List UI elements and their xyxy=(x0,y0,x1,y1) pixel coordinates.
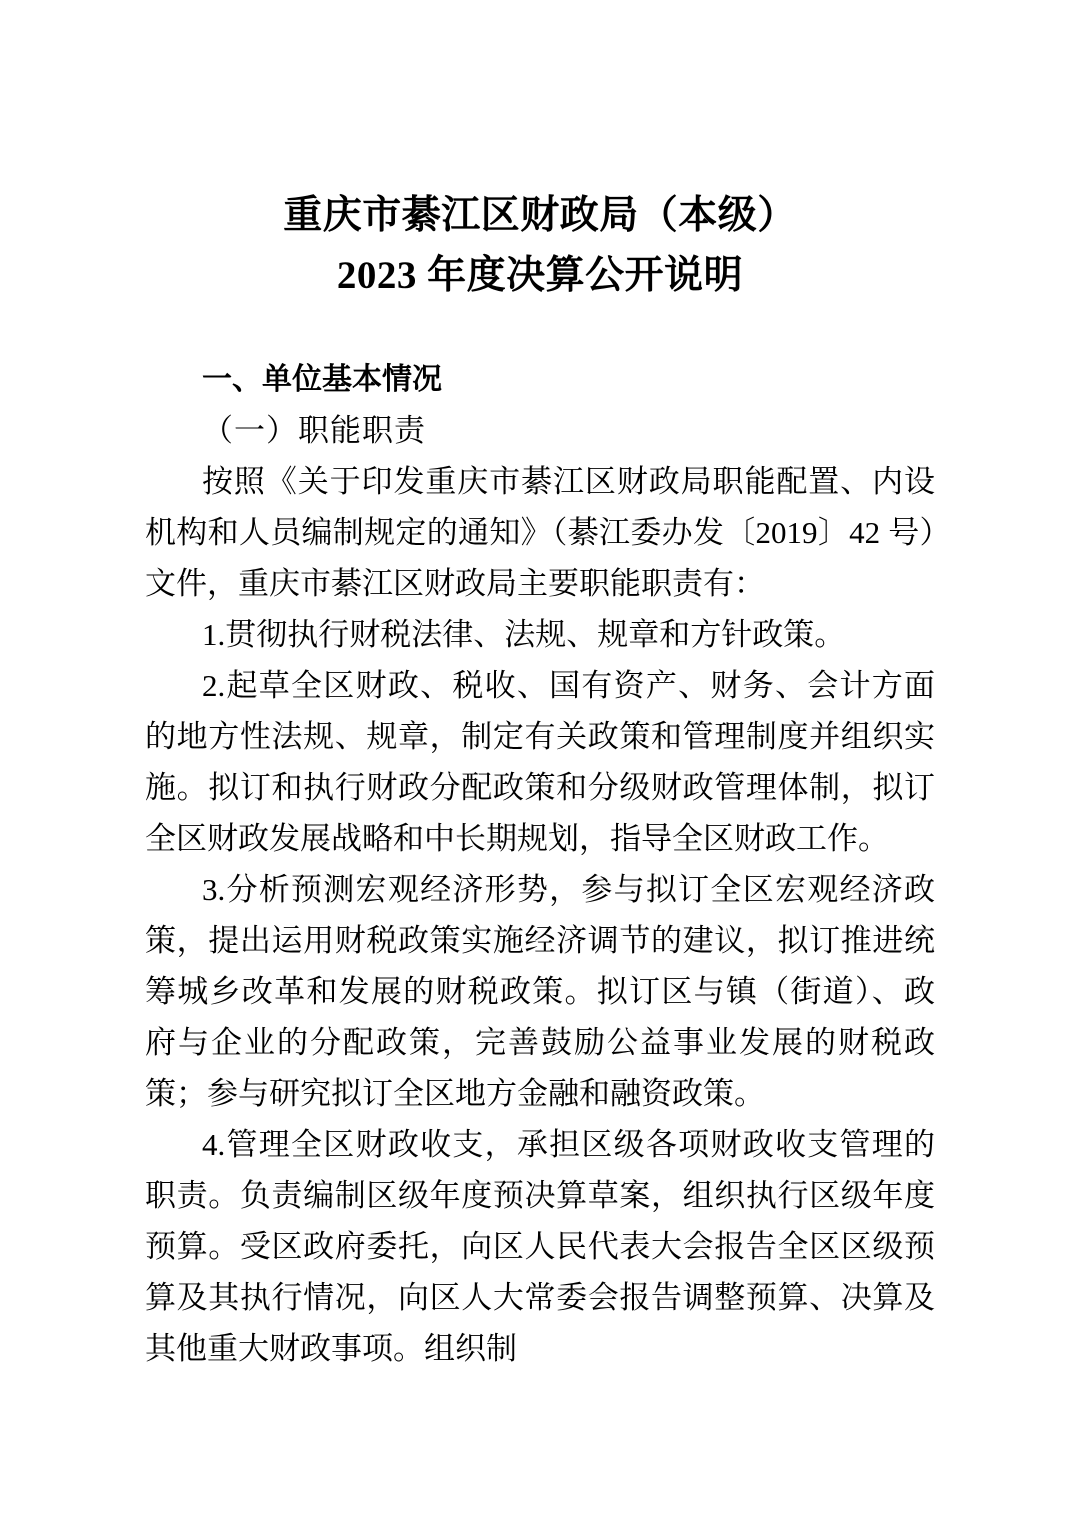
document-page: 重庆市綦江区财政局（本级） 2023 年度决算公开说明 一、单位基本情况 （一）… xyxy=(0,0,1074,1520)
subsection-heading: （一）职能职责 xyxy=(145,405,935,456)
paragraph-item-2: 2.起草全区财政、税收、国有资产、财务、会计方面的地方性法规、规章，制定有关政策… xyxy=(145,660,935,864)
paragraph-item-1: 1.贯彻执行财税法律、法规、规章和方针政策。 xyxy=(145,609,935,660)
section-heading: 一、单位基本情况 xyxy=(145,354,935,405)
document-title-line1: 重庆市綦江区财政局（本级） xyxy=(145,186,935,246)
paragraph-item-3: 3.分析预测宏观经济形势，参与拟订全区宏观经济政策，提出运用财税政策实施经济调节… xyxy=(145,864,935,1119)
document-title-line2: 2023 年度决算公开说明 xyxy=(145,246,935,306)
paragraph-item-4: 4.管理全区财政收支，承担区级各项财政收支管理的职责。负责编制区级年度预决算草案… xyxy=(145,1119,935,1374)
document-content: 重庆市綦江区财政局（本级） 2023 年度决算公开说明 一、单位基本情况 （一）… xyxy=(145,186,935,1374)
document-title: 重庆市綦江区财政局（本级） 2023 年度决算公开说明 xyxy=(145,186,935,306)
paragraph-intro: 按照《关于印发重庆市綦江区财政局职能配置、内设机构和人员编制规定的通知》（綦江委… xyxy=(145,456,935,609)
